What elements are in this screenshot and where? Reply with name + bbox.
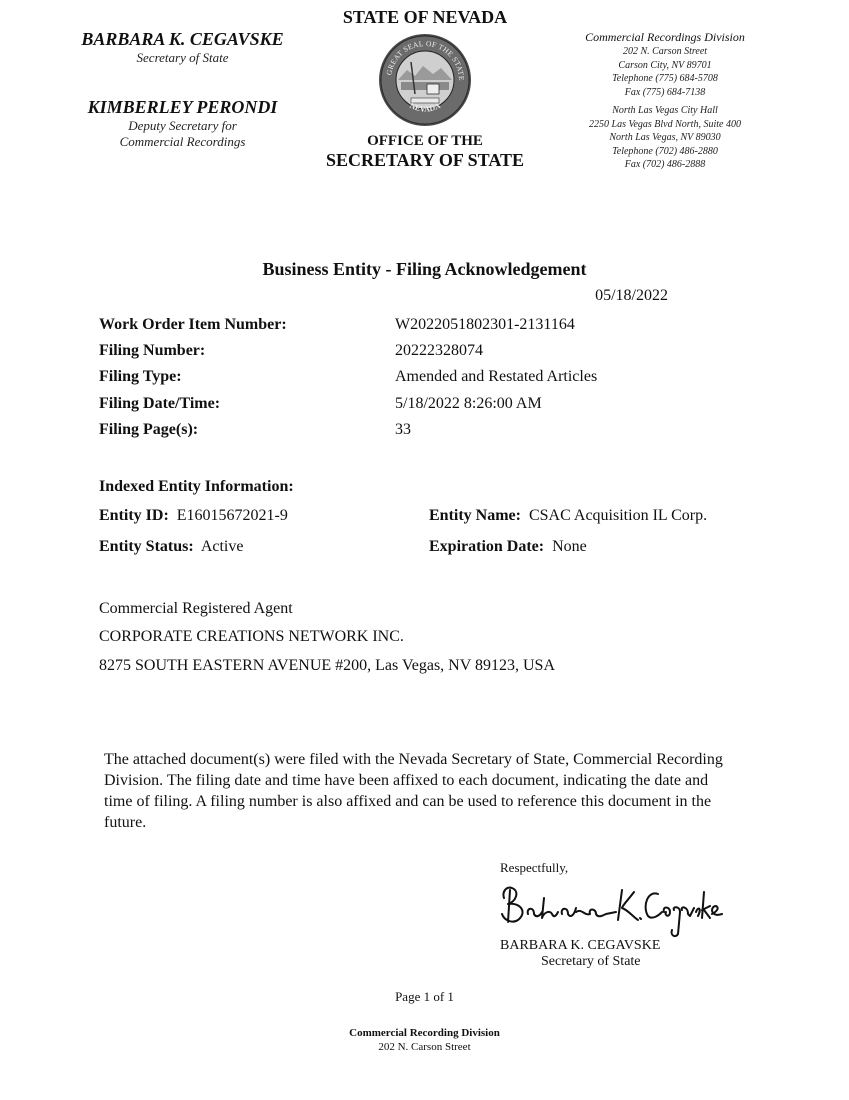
phone-line: Telephone (775) 684-5708 — [560, 72, 770, 86]
address-line: 2250 Las Vegas Blvd North, Suite 400 — [560, 118, 770, 132]
entity-name-label: Entity Name: — [429, 507, 521, 524]
agent-address: 8275 SOUTH EASTERN AVENUE #200, Las Vega… — [99, 657, 555, 675]
filing-datetime-value: 5/18/2022 8:26:00 AM — [395, 395, 542, 413]
indexed-entity-heading: Indexed Entity Information: — [99, 478, 294, 496]
header-addresses: Commercial Recordings Division 202 N. Ca… — [560, 30, 770, 172]
nevada-seal-icon: THE GREAT SEAL OF THE STATE OF NEVADA — [377, 32, 473, 128]
work-order-label: Work Order Item Number: — [99, 316, 287, 334]
filing-number-value: 20222328074 — [395, 342, 483, 360]
entity-id-label: Entity ID: — [99, 507, 169, 524]
closing: Respectfully, — [500, 860, 740, 876]
fax-line: Fax (702) 486-2888 — [560, 158, 770, 172]
filing-datetime-label: Filing Date/Time: — [99, 395, 220, 413]
work-order-value: W2022051802301-2131164 — [395, 316, 575, 334]
entity-id-value: E16015672021-9 — [177, 507, 288, 524]
header-officials: BARBARA K. CEGAVSKE Secretary of State K… — [60, 28, 305, 150]
filing-pages-value: 33 — [395, 421, 411, 439]
agent-name: CORPORATE CREATIONS NETWORK INC. — [99, 628, 404, 646]
filing-type-label: Filing Type: — [99, 368, 182, 386]
agent-type: Commercial Registered Agent — [99, 600, 293, 618]
address-line: North Las Vegas City Hall — [560, 104, 770, 118]
state-heading: STATE OF NEVADA — [310, 6, 540, 28]
filing-statement: The attached document(s) were filed with… — [104, 749, 724, 833]
deputy-title-line-1: Deputy Secretary for — [60, 118, 305, 134]
entity-status: Entity Status: Active — [99, 538, 243, 556]
expiration-date: Expiration Date: None — [429, 538, 587, 556]
entity-id: Entity ID: E16015672021-9 — [99, 507, 288, 525]
document-date: 05/18/2022 — [595, 287, 668, 305]
address-line: Carson City, NV 89701 — [560, 59, 770, 73]
fax-line: Fax (775) 684-7138 — [560, 86, 770, 100]
secretary-title: Secretary of State — [60, 50, 305, 66]
entity-name-value: CSAC Acquisition IL Corp. — [529, 507, 707, 524]
address-line: 202 N. Carson Street — [560, 45, 770, 59]
expiration-date-label: Expiration Date: — [429, 538, 544, 555]
filing-type-value: Amended and Restated Articles — [395, 368, 597, 386]
deputy-title-line-2: Commercial Recordings — [60, 134, 305, 150]
deputy-name: KIMBERLEY PERONDI — [60, 96, 305, 118]
expiration-date-value: None — [552, 538, 587, 555]
page-number: Page 1 of 1 — [0, 989, 849, 1005]
secretary-of-state-heading: SECRETARY OF STATE — [310, 150, 540, 171]
footer-division: Commercial Recording Division — [0, 1027, 849, 1039]
phone-line: Telephone (702) 486-2880 — [560, 145, 770, 159]
signer-name: BARBARA K. CEGAVSKE — [500, 938, 740, 954]
secretary-name: BARBARA K. CEGAVSKE — [60, 28, 305, 50]
entity-status-label: Entity Status: — [99, 538, 194, 555]
signature-block: Respectfully, BARBARA K. CEGAVSKE Secret… — [500, 860, 740, 970]
signature-icon — [498, 878, 723, 940]
address-line: North Las Vegas, NV 89030 — [560, 131, 770, 145]
office-of-the: OFFICE OF THE — [310, 132, 540, 150]
filing-number-label: Filing Number: — [99, 342, 205, 360]
document-title: Business Entity - Filing Acknowledgement — [0, 259, 849, 280]
division-name: Commercial Recordings Division — [560, 30, 770, 45]
entity-name: Entity Name: CSAC Acquisition IL Corp. — [429, 507, 707, 525]
filing-pages-label: Filing Page(s): — [99, 421, 198, 439]
footer-address: 202 N. Carson Street — [0, 1041, 849, 1053]
header-center: STATE OF NEVADA THE GREAT SEAL OF THE ST… — [310, 6, 540, 171]
signer-title: Secretary of State — [500, 954, 740, 970]
entity-status-value: Active — [201, 538, 244, 555]
